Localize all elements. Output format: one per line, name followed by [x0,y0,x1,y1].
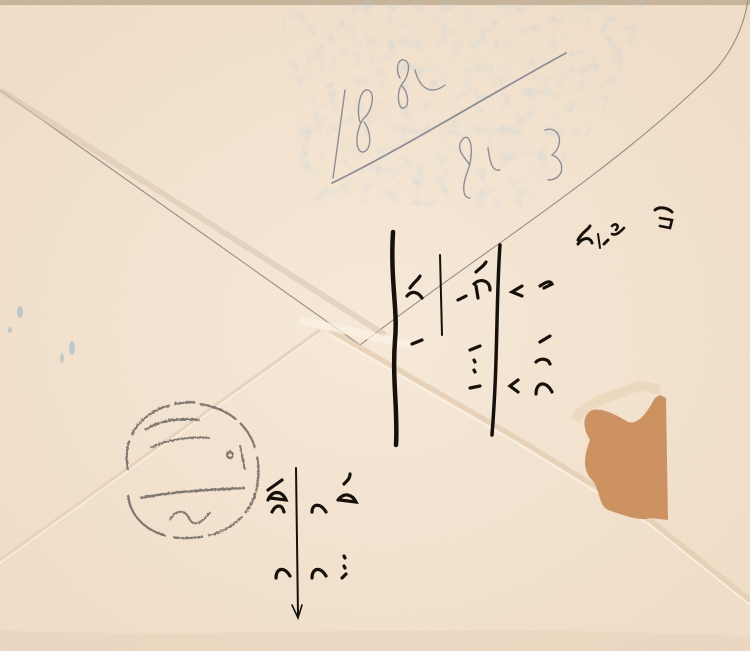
envelope-back: 1884 263 [0,0,750,651]
